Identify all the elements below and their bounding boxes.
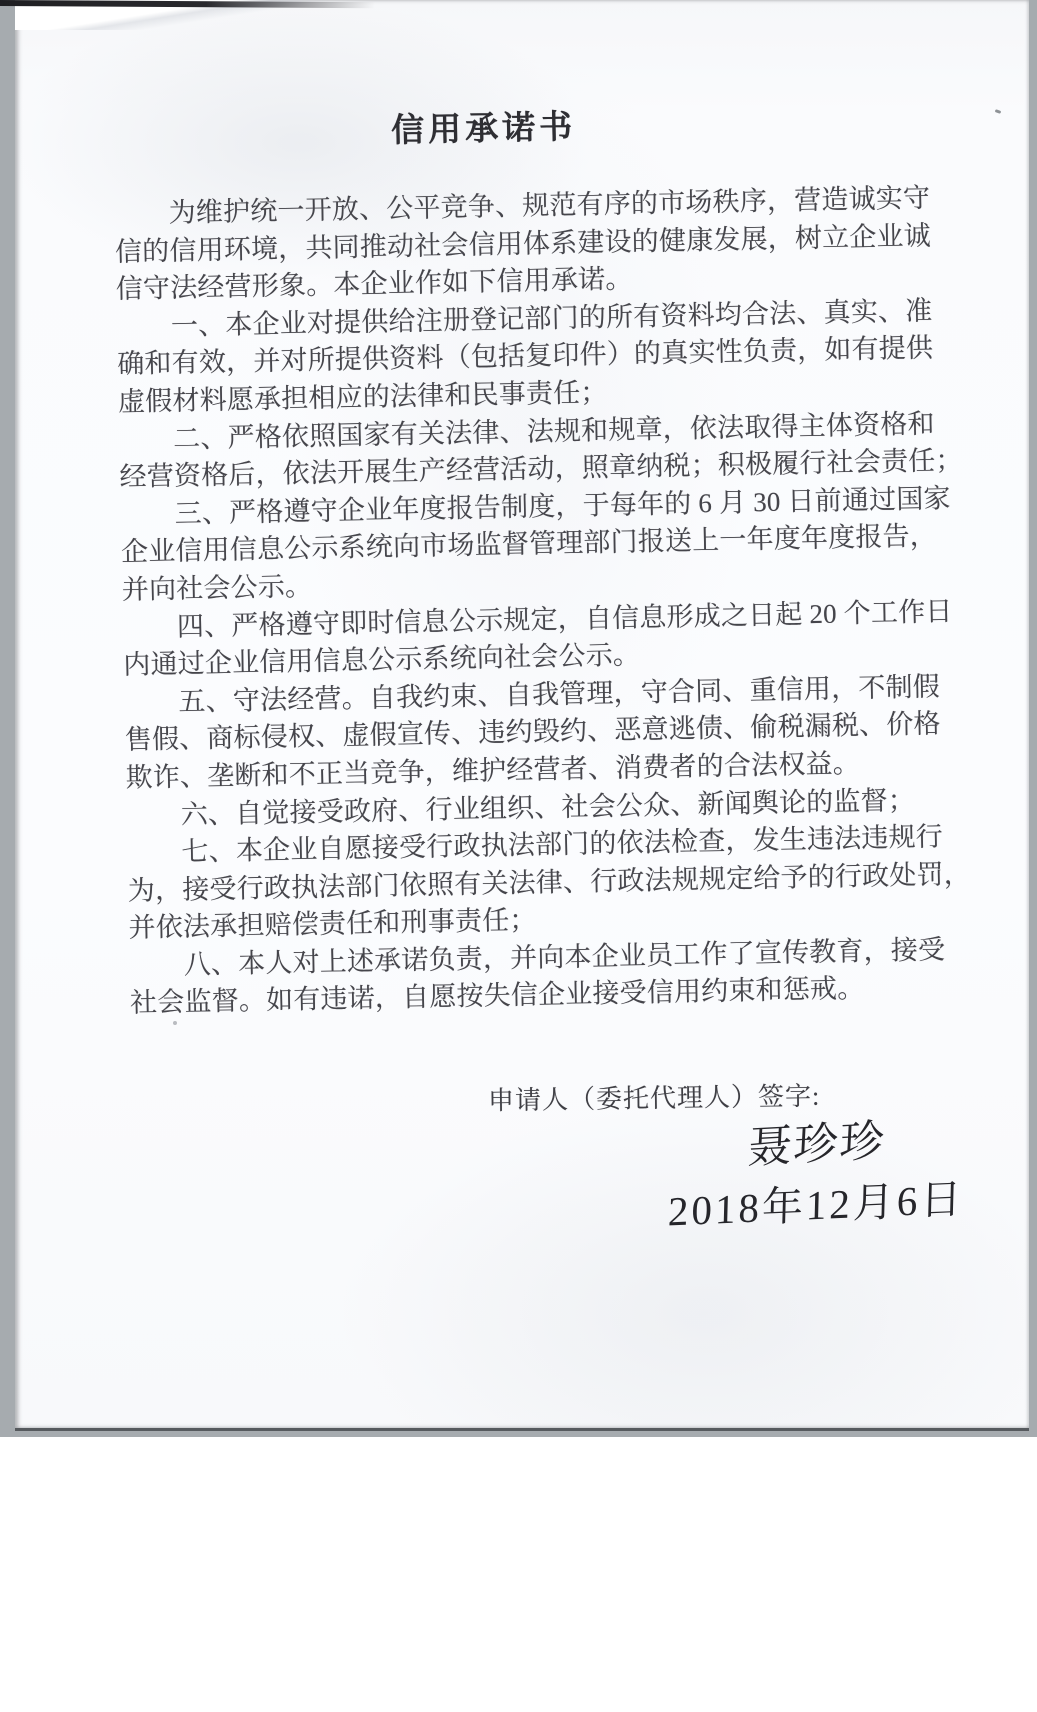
scanner-background: 信用承诺书 为维护统一开放、公平竞争、规范有序的市场秩序，营造诚实守信的信用环境… <box>0 0 1037 1437</box>
handwritten-signature-name: 聂珍珍 <box>746 1104 887 1175</box>
document-title: 信用承诺书 <box>112 99 855 160</box>
document-content: 信用承诺书 为维护统一开放、公平竞争、规范有序的市场秩序，营造诚实守信的信用环境… <box>112 84 942 1023</box>
document-body: 为维护统一开放、公平竞争、规范有序的市场秩序，营造诚实守信的信用环境，共同推动社… <box>114 180 942 1023</box>
